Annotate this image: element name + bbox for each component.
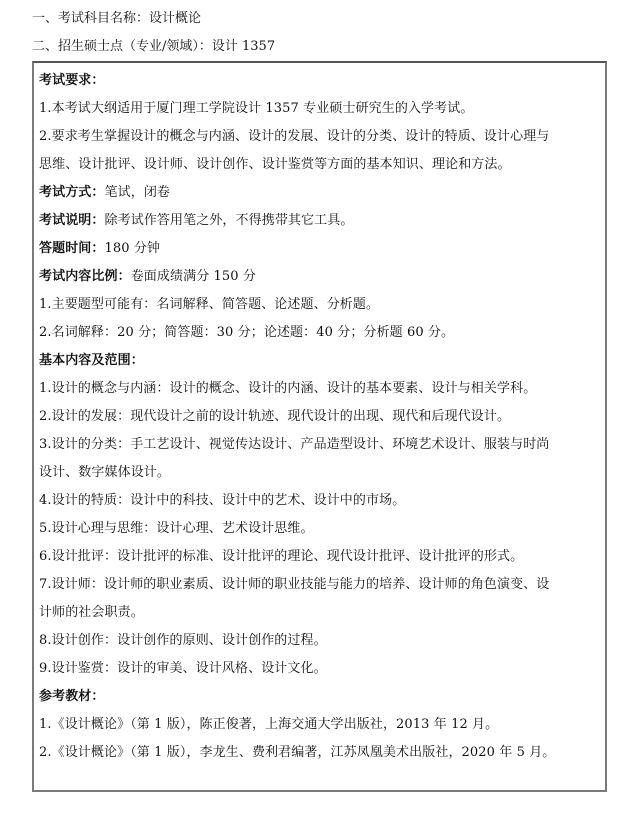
content-ratio-label: 考试内容比例： [39, 269, 131, 284]
scope-line: 5.设计心理与思维：设计心理、艺术设计思维。 [39, 515, 599, 543]
content-ratio-value: 卷面成绩满分 150 分 [131, 269, 256, 284]
scope-line: 7.设计师：设计师的职业素质、设计师的职业技能与能力的培养、设计师的角色演变、设 [39, 571, 599, 599]
scope-line: 计师的社会职责。 [39, 599, 599, 627]
scope-line: 4.设计的特质：设计中的科技、设计中的艺术、设计中的市场。 [39, 487, 599, 515]
requirement-item: 2.要求考生掌握设计的概念与内涵、设计的发展、设计的分类、设计的特质、设计心理与 [39, 123, 599, 151]
scope-title: 基本内容及范围： [39, 347, 599, 375]
scope-line: 6.设计批评：设计批评的标准、设计批评的理论、现代设计批评、设计批评的形式。 [39, 543, 599, 571]
scope-line: 1.设计的概念与内涵：设计的概念、设计的内涵、设计的基本要素、设计与相关学科。 [39, 375, 599, 403]
exam-method-value: 笔试，闭卷 [105, 185, 171, 200]
exam-requirements-title: 考试要求： [39, 67, 599, 95]
exam-time-row: 答题时间：180 分钟 [39, 235, 599, 263]
scope-line: 9.设计鉴赏：设计的审美、设计风格、设计文化。 [39, 655, 599, 683]
exam-notes-value: 除考试作答用笔之外，不得携带其它工具。 [105, 213, 354, 228]
reference-item: 1.《设计概论》（第 1 版），陈正俊著，上海交通大学出版社，2013 年 12… [39, 711, 599, 739]
reference-item: 2.《设计概论》（第 1 版），李龙生、费利君编著，江苏凤凰美术出版社，2020… [39, 739, 599, 767]
content-ratio-item: 1.主要题型可能有：名词解释、简答题、论述题、分析题。 [39, 291, 599, 319]
exam-method-label: 考试方式： [39, 185, 105, 200]
exam-time-label: 答题时间： [39, 241, 105, 256]
syllabus-box: 考试要求： 1.本考试大纲适用于厦门理工学院设计 1357 专业硕士研究生的入学… [32, 61, 607, 792]
requirement-item: 1.本考试大纲适用于厦门理工学院设计 1357 专业硕士研究生的入学考试。 [39, 95, 599, 123]
exam-notes-row: 考试说明：除考试作答用笔之外，不得携带其它工具。 [39, 207, 599, 235]
exam-subject-line: 一、考试科目名称：设计概论 [32, 9, 201, 29]
program-line: 二、招生硕士点（专业/领域）：设计 1357 [32, 37, 275, 57]
requirement-item: 思维、设计批评、设计师、设计创作、设计鉴赏等方面的基本知识、理论和方法。 [39, 151, 599, 179]
exam-notes-label: 考试说明： [39, 213, 105, 228]
content-ratio-row: 考试内容比例：卷面成绩满分 150 分 [39, 263, 599, 291]
scope-line: 设计、数字媒体设计。 [39, 459, 599, 487]
scope-line: 3.设计的分类：手工艺设计、视觉传达设计、产品造型设计、环境艺术设计、服装与时尚 [39, 431, 599, 459]
content-ratio-item: 2.名词解释：20 分；简答题：30 分；论述题：40 分；分析题 60 分。 [39, 319, 599, 347]
scope-line: 8.设计创作：设计创作的原则、设计创作的过程。 [39, 627, 599, 655]
syllabus-content: 考试要求： 1.本考试大纲适用于厦门理工学院设计 1357 专业硕士研究生的入学… [39, 67, 599, 767]
references-title: 参考教材： [39, 683, 599, 711]
exam-time-value: 180 分钟 [105, 241, 161, 256]
exam-method-row: 考试方式：笔试，闭卷 [39, 179, 599, 207]
scope-line: 2.设计的发展：现代设计之前的设计轨迹、现代设计的出现、现代和后现代设计。 [39, 403, 599, 431]
